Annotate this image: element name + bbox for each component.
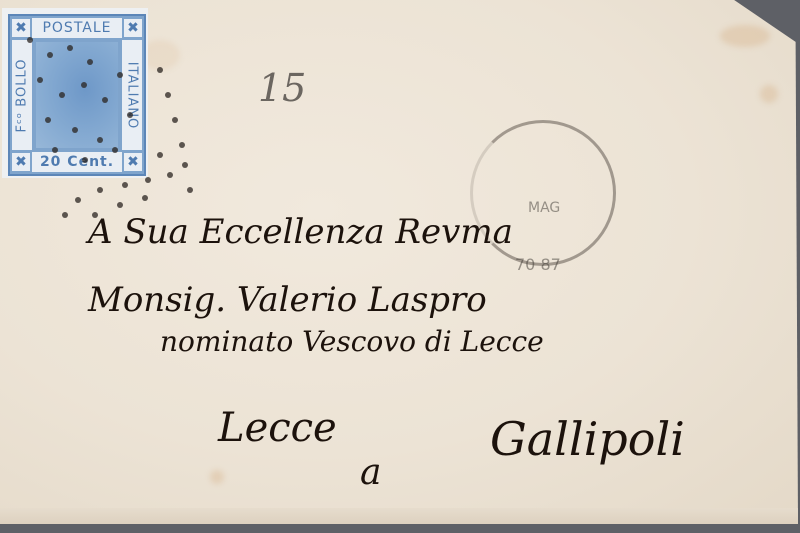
address-city-to: Gallipoli — [490, 412, 685, 466]
stamp-corner-ornament-icon: ✖ — [12, 153, 30, 171]
stamp-design: POSTALE 20 Cent. Fᶜᵒ BOLLO ITALIANO ✖ ✖ … — [8, 14, 146, 176]
stain — [760, 85, 778, 103]
stamp-corner-ornament-icon: ✖ — [124, 153, 142, 171]
stamp-corner-ornament-icon: ✖ — [124, 19, 142, 37]
envelope: POSTALE 20 Cent. Fᶜᵒ BOLLO ITALIANO ✖ ✖ … — [0, 0, 798, 524]
address-line-3: nominato Vescovo di Lecce — [160, 325, 544, 358]
pencil-note: 15 — [258, 66, 306, 110]
postmark-date: 70 87 — [515, 255, 561, 274]
address-line-1: A Sua Eccellenza Revma — [88, 212, 513, 252]
stain — [210, 470, 224, 484]
address-connector: a — [360, 452, 381, 493]
envelope-fold — [0, 508, 798, 524]
stamp-top-label: POSTALE — [32, 18, 122, 38]
address-line-2: Monsig. Valerio Laspro — [88, 280, 487, 320]
address-city-from: Lecce — [218, 405, 337, 451]
postmark-month: MAG — [528, 200, 560, 216]
stamp-left-label: Fᶜᵒ BOLLO — [12, 40, 32, 150]
stain — [720, 25, 770, 47]
stamp-left-text: Fᶜᵒ BOLLO — [15, 58, 30, 132]
stamp-corner-ornament-icon: ✖ — [12, 19, 30, 37]
stamp-right-text: ITALIANO — [125, 61, 140, 129]
stamp-right-label: ITALIANO — [122, 40, 142, 150]
postage-stamp: POSTALE 20 Cent. Fᶜᵒ BOLLO ITALIANO ✖ ✖ … — [2, 8, 148, 178]
stamp-value-label: 20 Cent. — [32, 152, 122, 172]
stamp-portrait — [36, 42, 118, 148]
